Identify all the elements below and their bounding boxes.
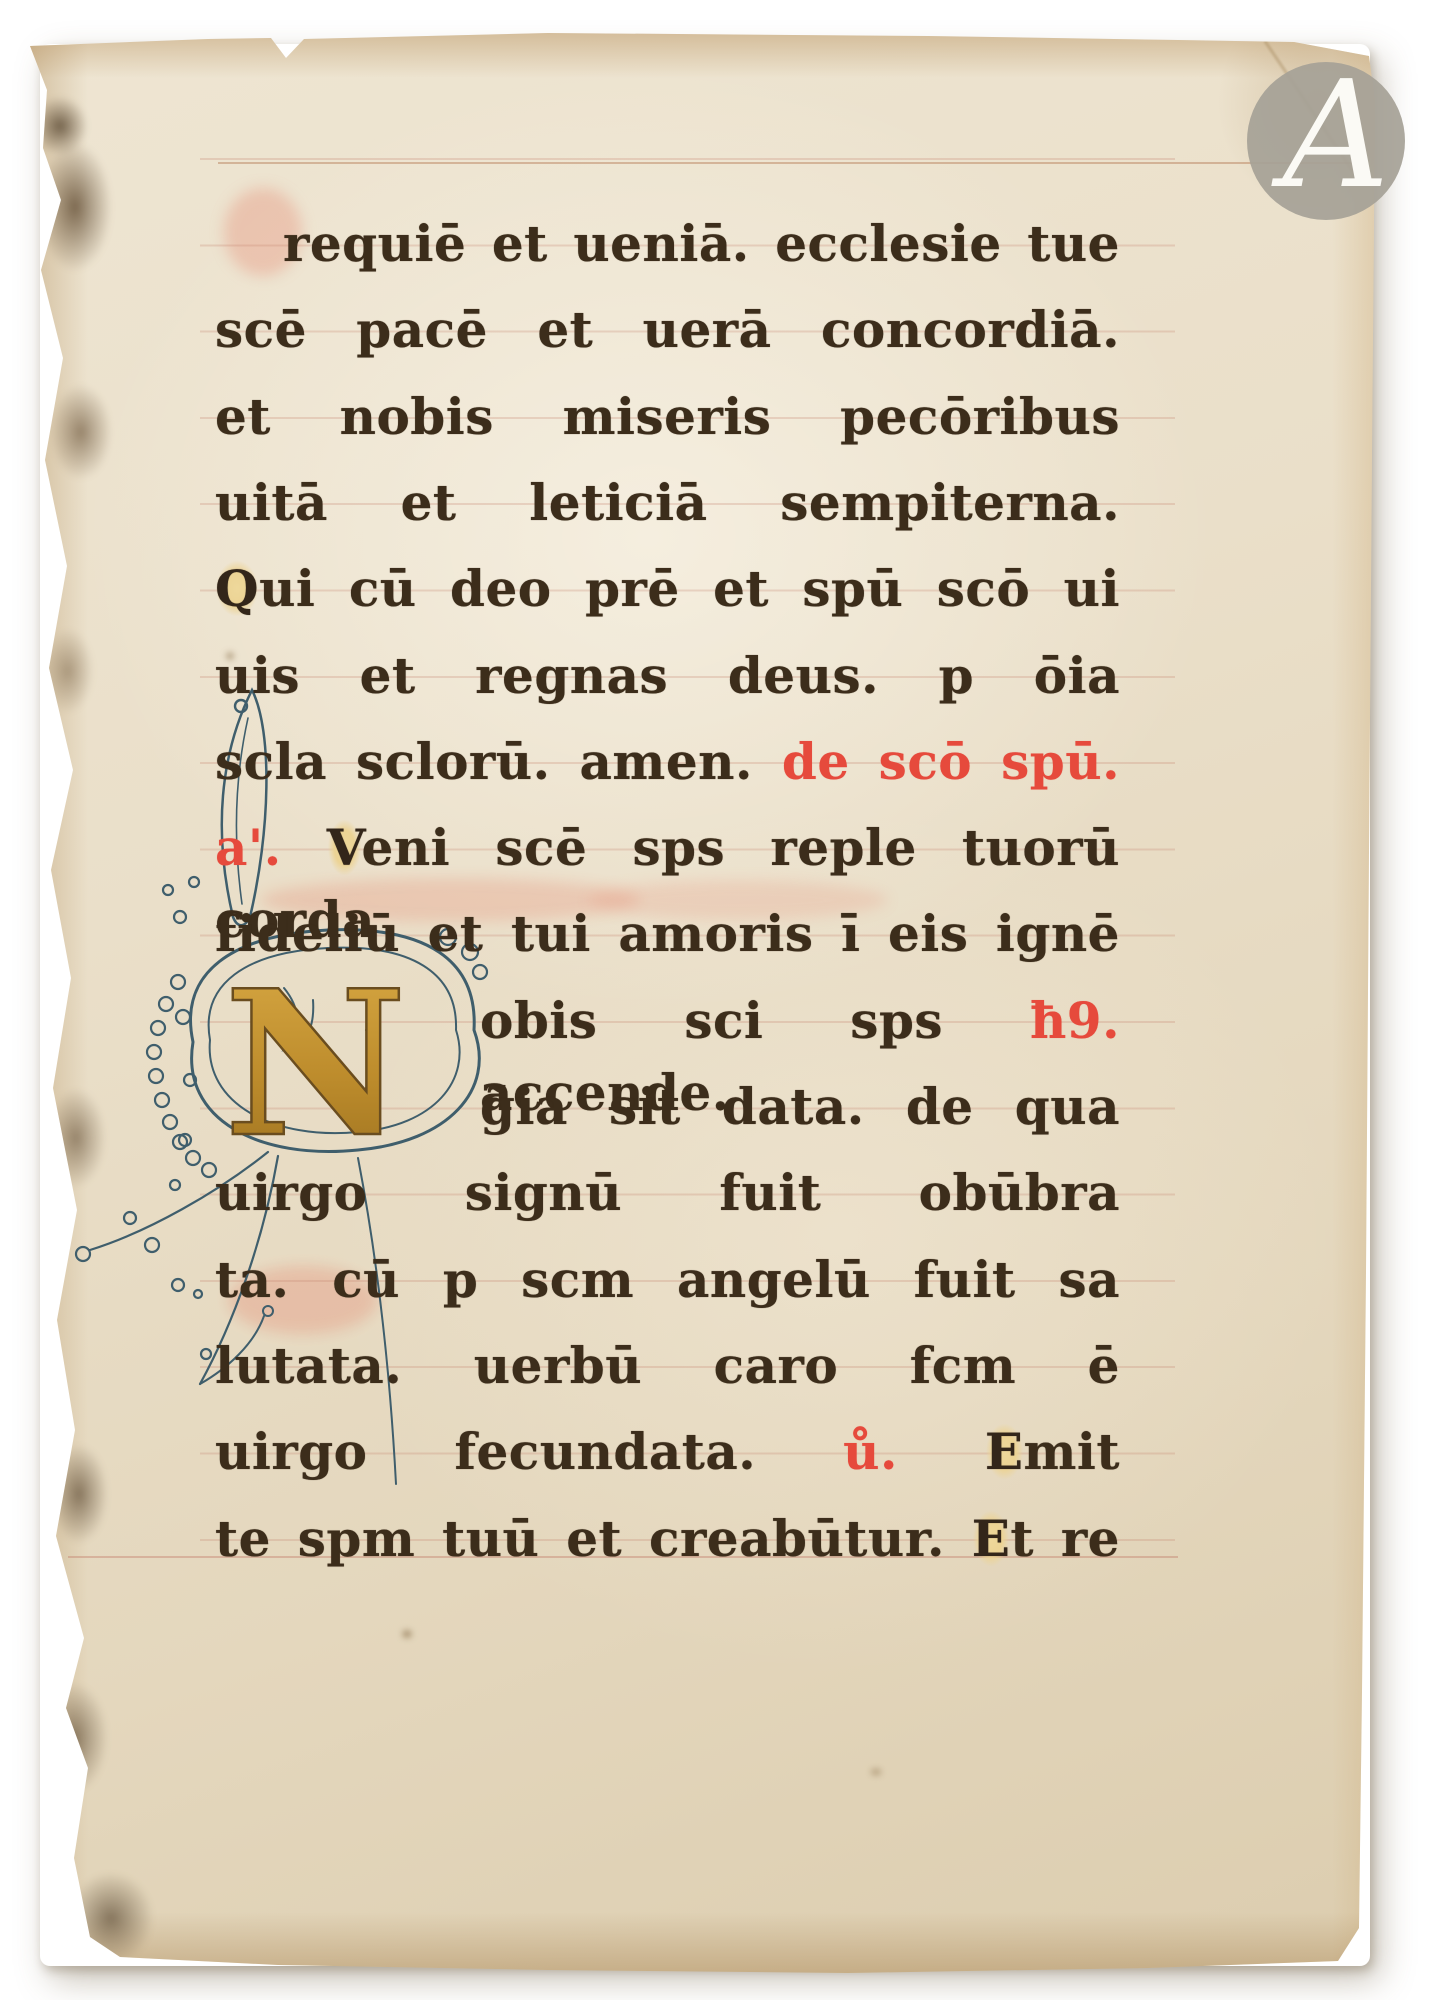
manuscript-leaf: N requiē et ueniā. ecclesie tuescē pacē …: [28, 32, 1378, 1976]
ink-segment: te spm tuū et creabūtur.: [215, 1509, 972, 1568]
ink-segment: uis et regnas deus. p ōia: [215, 646, 1120, 705]
text-line: et nobis miseris pecōribus: [215, 381, 1120, 455]
ink-segment: t re: [1010, 1509, 1120, 1568]
versal-letter: E: [972, 1509, 1011, 1568]
text-line: lutata. uerbū caro fcm ē: [215, 1330, 1120, 1404]
text-line: obis sci sps ħ9. accende.: [480, 985, 1120, 1059]
text-line: uis et regnas deus. p ōia: [215, 640, 1120, 714]
text-block: requiē et ueniā. ecclesie tuescē pacē et…: [28, 32, 1378, 1976]
text-line: ta. cū p scm angelū fuit sa: [215, 1244, 1120, 1318]
rubric-segment: a'.: [215, 818, 327, 877]
rubric-segment: ħ9.: [1030, 991, 1120, 1050]
ink-segment: requiē et ueniā. ecclesie tue: [283, 214, 1120, 273]
ink-segment: uitā et leticiā sempiterna.: [215, 473, 1120, 532]
ink-segment: ui cū deo prē et spū scō ui: [259, 559, 1120, 618]
text-line: uitā et leticiā sempiterna.: [215, 467, 1120, 541]
ink-segment: ta. cū p scm angelū fuit sa: [215, 1250, 1120, 1309]
ink-segment: uirgo signū fuit obūbra: [215, 1163, 1120, 1222]
ink-segment: scē pacē et uerā concordiā.: [215, 300, 1120, 359]
versal-letter: E: [985, 1422, 1024, 1481]
photo-background: N requiē et ueniā. ecclesie tuescē pacē …: [0, 0, 1429, 2000]
rubric-segment: ů.: [843, 1422, 985, 1481]
versal-letter: V: [327, 818, 362, 877]
ink-segment: obis sci sps: [480, 991, 1030, 1050]
text-line: scē pacē et uerā concordiā.: [215, 294, 1120, 368]
text-line: te spm tuū et creabūtur. Et re: [215, 1503, 1120, 1577]
ink-segment: g̃ia sit data. de qua: [480, 1077, 1120, 1136]
text-line: Qui cū deo prē et spū scō ui: [215, 553, 1120, 627]
text-line: g̃ia sit data. de qua: [480, 1071, 1120, 1145]
watermark-letter: A: [1283, 49, 1390, 221]
ink-segment: lutata. uerbū caro fcm ē: [215, 1336, 1120, 1395]
rubric-segment: de scō spū.: [782, 732, 1120, 791]
text-line: requiē et ueniā. ecclesie tue: [283, 208, 1120, 282]
versal-letter: Q: [215, 559, 259, 618]
ink-segment: mit: [1024, 1422, 1121, 1481]
ink-segment: uirgo fecundata.: [215, 1422, 843, 1481]
auction-watermark-logo: A: [1247, 62, 1405, 220]
text-line: uirgo signū fuit obūbra: [215, 1157, 1120, 1231]
text-line: scla sclorū. amen. de scō spū.: [215, 726, 1120, 800]
text-line: uirgo fecundata. ů. Emit: [215, 1416, 1120, 1490]
text-line: a'. Veni scē sps reple tuorū corda: [215, 812, 1120, 886]
ink-segment: fideliū et tui amoris ī eis ignē: [215, 904, 1120, 963]
text-line: fideliū et tui amoris ī eis ignē: [215, 898, 1120, 972]
ink-segment: scla sclorū. amen.: [215, 732, 782, 791]
ink-segment: et nobis miseris pecōribus: [215, 387, 1120, 446]
